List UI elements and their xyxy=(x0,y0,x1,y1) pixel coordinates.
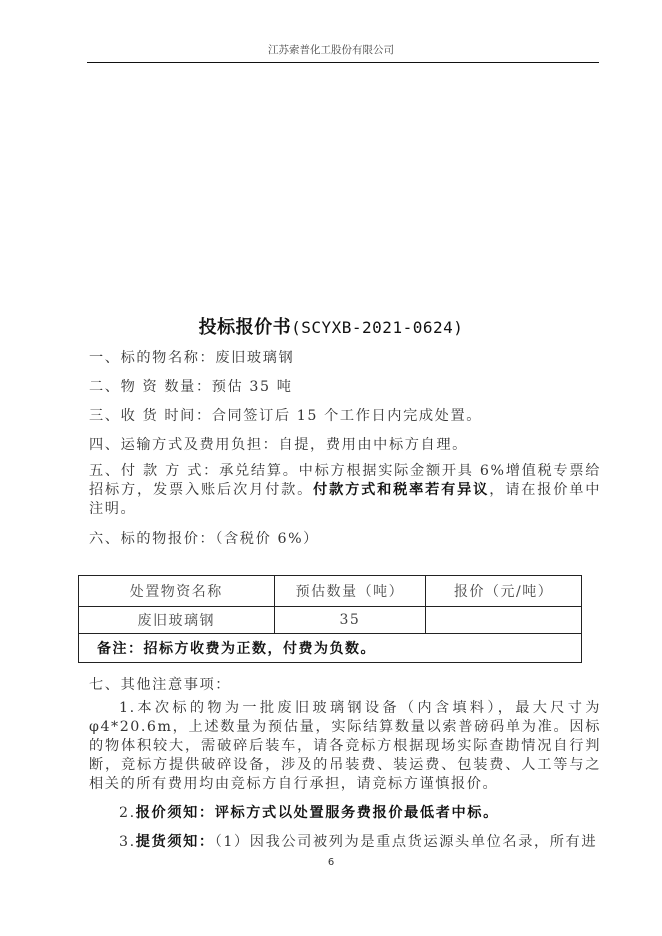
table-cell-quantity: 35 xyxy=(274,607,426,634)
note-item-1: 1.本次标的物为一批废旧玻璃钢设备（内含填料），最大尺寸为φ4*20.6m，上述… xyxy=(89,699,601,794)
section-value: 废旧玻璃钢 xyxy=(215,350,294,366)
header-company-name: 江苏索普化工股份有限公司 xyxy=(0,42,662,57)
table-note-row: 备注：招标方收费为正数，付费为负数。 xyxy=(79,634,582,663)
table-cell-material: 废旧玻璃钢 xyxy=(79,607,275,634)
section-value: 预估 35 吨 xyxy=(212,379,293,395)
section-label: 二、物 资 数量： xyxy=(89,379,212,395)
section-value: 合同签订后 15 个工作日内完成处置。 xyxy=(212,408,482,424)
table-header-cell: 预估数量（吨） xyxy=(274,576,426,607)
table-note: 备注：招标方收费为正数，付费为负数。 xyxy=(79,634,582,663)
title-code: (SCYXB-2021-0624) xyxy=(291,318,463,337)
section-value: 自提，费用由中标方自理。 xyxy=(278,437,467,453)
section-label: 三、收 货 时间： xyxy=(89,408,212,424)
note-text: （1）因我公司被列为是重点货运源头单位名录，所有进 xyxy=(215,834,597,850)
note-item-3: 3.提货须知：（1）因我公司被列为是重点货运源头单位名录，所有进 xyxy=(119,831,631,851)
document-title: 投标报价书(SCYXB-2021-0624) xyxy=(0,313,662,339)
section-quantity: 二、物 资 数量：预估 35 吨 xyxy=(89,376,601,396)
section-label: 五、付 款 方 式： xyxy=(89,463,219,479)
quote-table: 处置物资名称 预估数量（吨） 报价（元/吨） 废旧玻璃钢 35 备注：招标方收费… xyxy=(78,575,582,663)
title-text: 投标报价书 xyxy=(199,317,292,338)
note-bold-text: 报价须知：评标方式以处置服务费报价最低者中标。 xyxy=(136,805,499,821)
other-notes-heading: 七、其他注意事项： xyxy=(89,674,601,694)
section-delivery-time: 三、收 货 时间：合同签订后 15 个工作日内完成处置。 xyxy=(89,405,601,425)
section-value-emphasis: 付款方式和税率若有异议 xyxy=(313,482,489,498)
table-header-cell: 处置物资名称 xyxy=(79,576,275,607)
note-bold-text: 提货须知： xyxy=(136,834,215,850)
section-item-name: 一、标的物名称：废旧玻璃钢 xyxy=(89,347,601,367)
section-label: 一、标的物名称： xyxy=(89,350,215,366)
section-label: 四、运输方式及费用负担： xyxy=(89,437,278,453)
table-header-cell: 报价（元/吨） xyxy=(426,576,582,607)
section-value: （含税价 6%） xyxy=(215,531,319,547)
table-row: 废旧玻璃钢 35 xyxy=(79,607,582,634)
section-price: 六、标的物报价：（含税价 6%） xyxy=(89,528,601,548)
note-item-2: 2.报价须知：评标方式以处置服务费报价最低者中标。 xyxy=(119,802,631,822)
note-number: 2. xyxy=(119,805,136,821)
table-cell-price[interactable] xyxy=(426,607,582,634)
note-number: 3. xyxy=(119,834,136,850)
section-label: 六、标的物报价： xyxy=(89,531,215,547)
section-payment: 五、付 款 方 式：承兑结算。中标方根据实际金额开具 6%增值税专票给招标方，发… xyxy=(89,462,601,519)
page-number: 6 xyxy=(0,857,662,868)
table-header-row: 处置物资名称 预估数量（吨） 报价（元/吨） xyxy=(79,576,582,607)
header-divider xyxy=(87,62,599,63)
section-transport: 四、运输方式及费用负担：自提，费用由中标方自理。 xyxy=(89,434,601,454)
